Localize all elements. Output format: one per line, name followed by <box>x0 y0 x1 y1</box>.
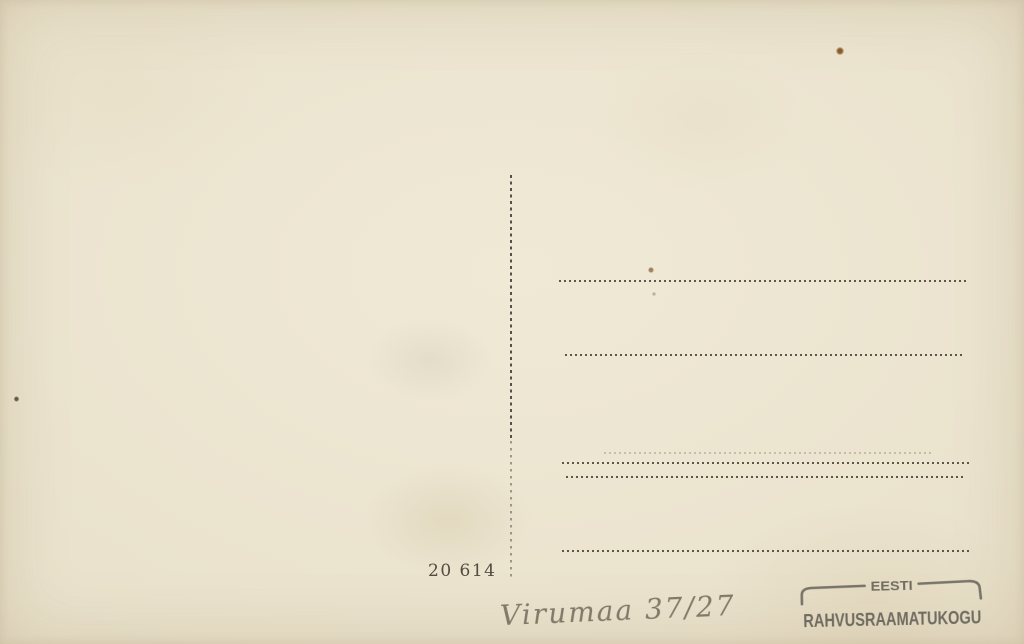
stamp-text-eesti: EESTI <box>870 578 912 594</box>
foxing-spot <box>836 47 844 55</box>
accession-number: 20 614 <box>428 561 496 581</box>
foxing-spot <box>652 292 656 296</box>
address-dotted-line <box>566 476 966 478</box>
address-dotted-line-faint <box>604 452 932 454</box>
ink-speck <box>14 396 19 402</box>
divider-dotted-line <box>510 175 512 441</box>
library-stamp: EESTI RAHVUSRAAMATUKOGU <box>794 567 1015 644</box>
foxing-spot <box>648 267 654 273</box>
address-dotted-line <box>565 354 963 356</box>
divider-dotted-line-faded <box>510 441 512 578</box>
address-dotted-line <box>559 280 969 282</box>
address-dotted-line <box>562 550 971 552</box>
stamp-frame-left <box>802 586 865 604</box>
address-dotted-line <box>562 462 970 464</box>
stamp-frame-right <box>919 581 981 600</box>
postcard-back: 20 614 Virumaa 37/27 EESTI RAHVUSRAAMATU… <box>0 0 1024 644</box>
stamp-text-rahvusraamatukogu: RAHVUSRAAMATUKOGU <box>803 607 981 631</box>
handwritten-inventory-number: Virumaa 37/27 <box>499 589 736 632</box>
